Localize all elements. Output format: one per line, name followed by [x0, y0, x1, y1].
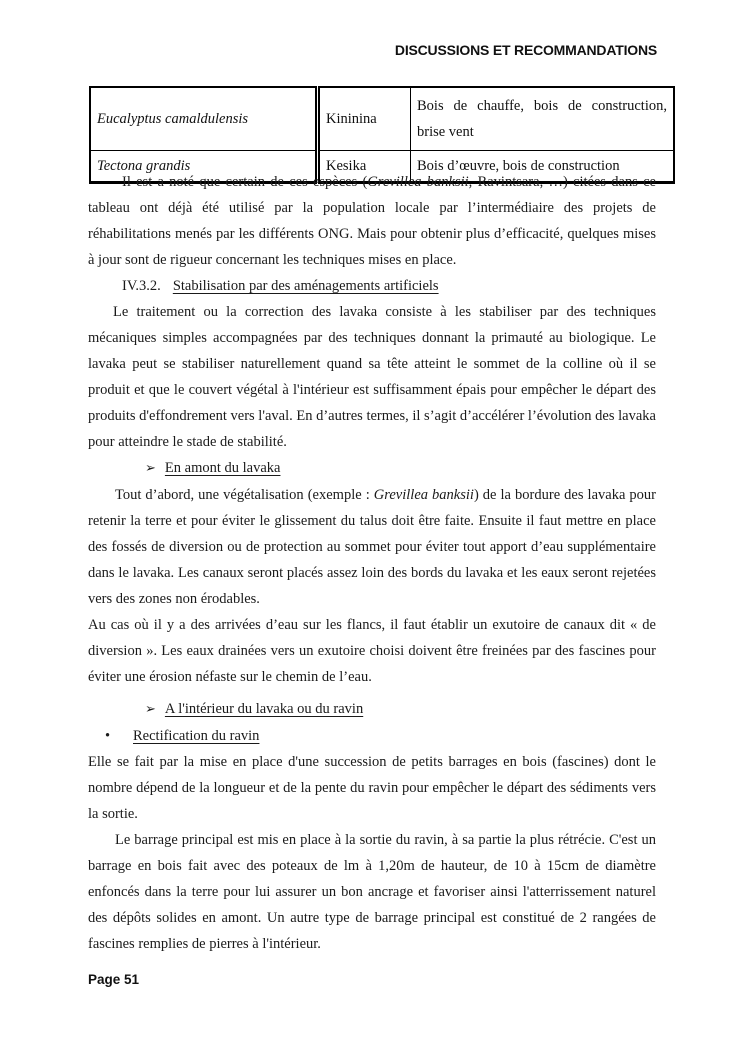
paragraph-fascines: Elle se fait par la mise en place d'une …: [88, 749, 656, 827]
bullet-interieur-lavaka: ➢A l'intérieur du lavaka ou du ravin: [88, 696, 656, 723]
document-body: Il est a noté que certain de ces espèces…: [88, 169, 656, 957]
bullet-label: A l'intérieur du lavaka ou du ravin: [165, 701, 363, 717]
text-run-italic: Grevillea banksii: [374, 487, 474, 503]
text-run: ) de la bordure des lavaka pour retenir …: [88, 487, 656, 607]
cell-uses: Bois de chauffe, bois de construction, b…: [411, 87, 675, 151]
text-run: Tout d’abord, une végétalisation (exempl…: [115, 487, 374, 503]
species-name: Eucalyptus camaldulensis: [97, 111, 248, 127]
paragraph-exutoire: Au cas où il y a des arrivées d’eau sur …: [88, 612, 656, 690]
section-number: IV.3.2.: [88, 278, 161, 294]
section-title: Stabilisation par des aménagements artif…: [173, 278, 439, 294]
arrow-bullet-icon: ➢: [145, 456, 156, 482]
bullet-label: Rectification du ravin: [133, 728, 259, 744]
bullet-en-amont: ➢En amont du lavaka: [88, 455, 656, 482]
paragraph-barrage: Le barrage principal est mis en place à …: [88, 827, 656, 957]
bullet-rectification: •Rectification du ravin: [88, 723, 656, 749]
paragraph-especes: Il est a noté que certain de ces espèces…: [88, 169, 656, 273]
cell-local-name: Kininina: [318, 87, 411, 151]
arrow-bullet-icon: ➢: [145, 697, 156, 723]
section-heading: IV.3.2.Stabilisation par des aménagement…: [88, 273, 656, 299]
dot-bullet-icon: •: [105, 723, 133, 749]
cell-species: Eucalyptus camaldulensis: [90, 87, 318, 151]
paragraph-vegetalisation: Tout d’abord, une végétalisation (exempl…: [88, 482, 656, 612]
page-header: DISCUSSIONS ET RECOMMANDATIONS: [395, 42, 657, 58]
bullet-label: En amont du lavaka: [165, 460, 281, 476]
text-run: Il est a noté que certain de ces espèces…: [122, 174, 367, 190]
document-page: DISCUSSIONS ET RECOMMANDATIONS Eucalyptu…: [0, 0, 745, 1053]
table-row: Eucalyptus camaldulensis Kininina Bois d…: [90, 87, 674, 151]
text-run-italic: Grevillea banksii,: [367, 174, 472, 190]
paragraph-traitement: Le traitement ou la correction des lavak…: [88, 299, 656, 455]
page-number: Page 51: [88, 972, 139, 987]
